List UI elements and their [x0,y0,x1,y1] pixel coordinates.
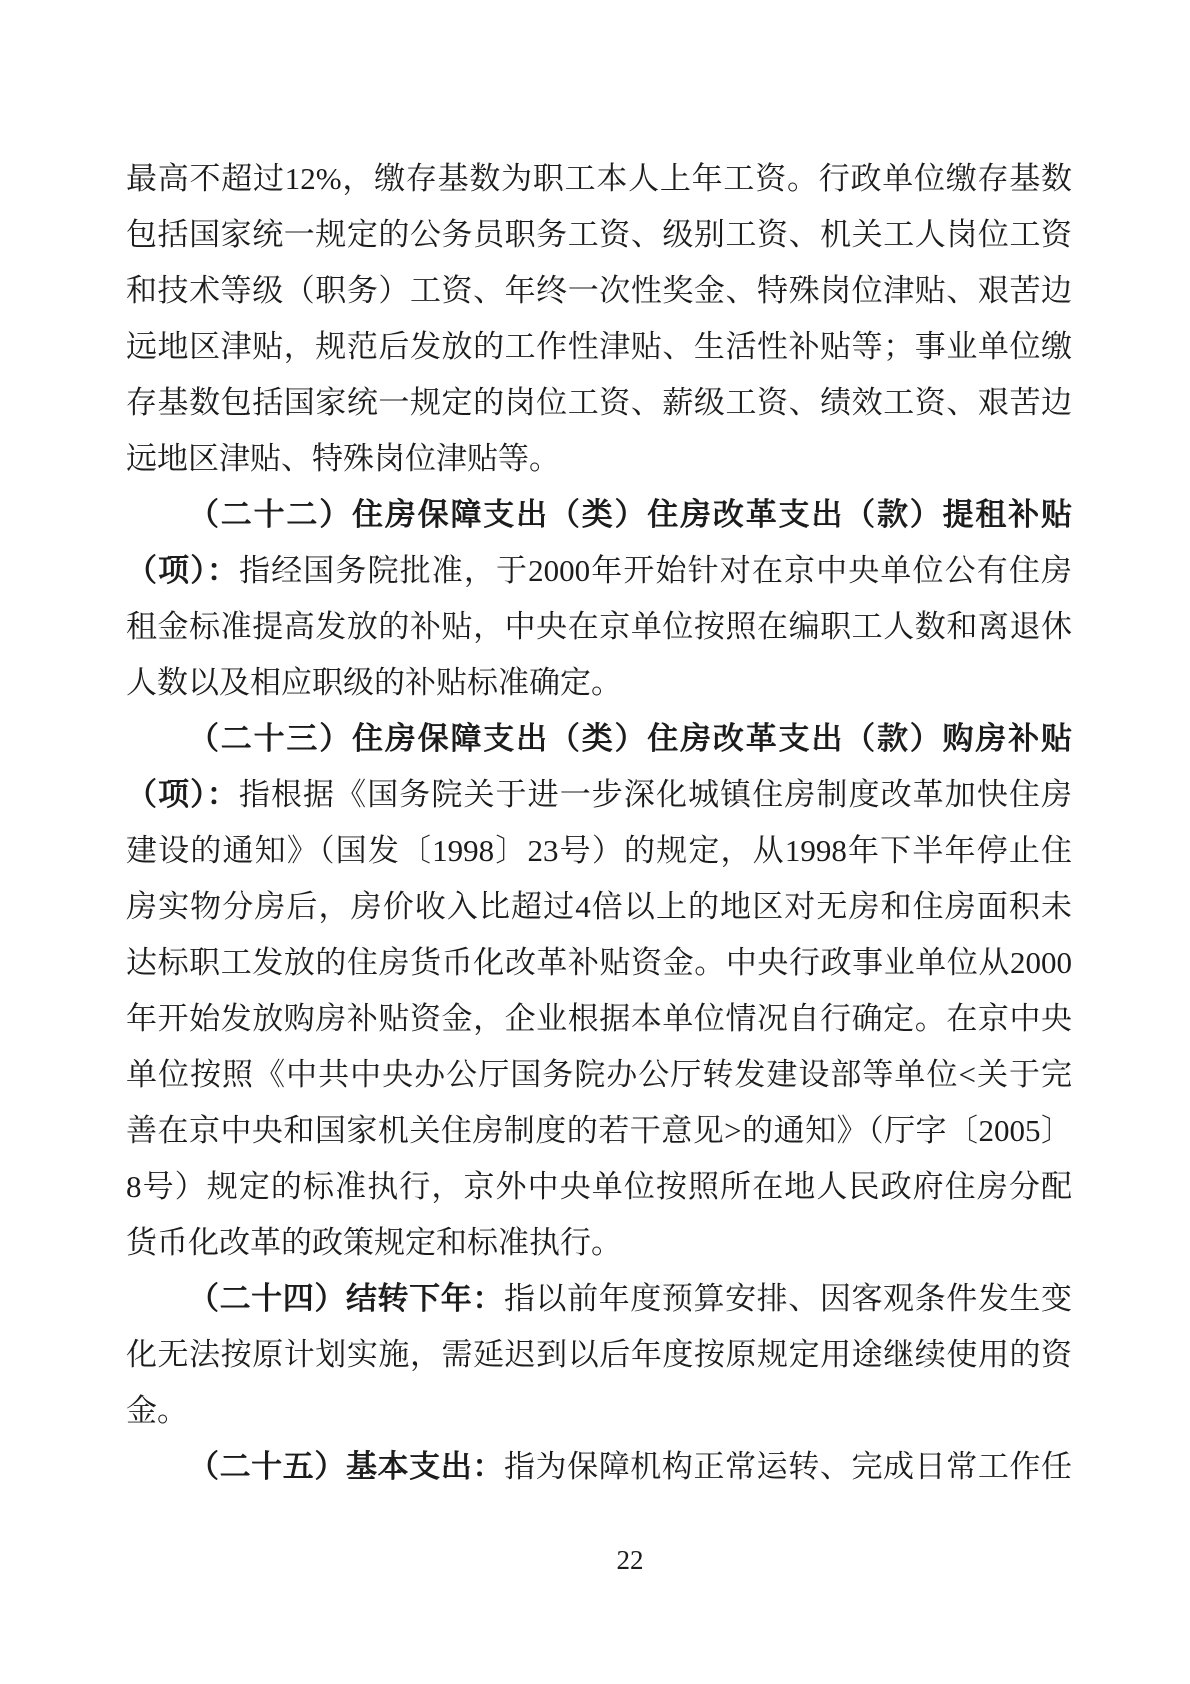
text-segment: 年开始发放购房补贴资金，企业根据本单位情况自行确定。在京中央 [126,1001,1072,1036]
paragraph: （二十三）住房保障支出（类）住房改革支出（款）购房补贴（项）：指根据《国务院关于… [126,711,1072,1271]
text-line: （项）：指经国务院批准，于2000年开始针对在京中央单位公有住房 [126,543,1072,599]
text-segment: 金。 [126,1393,188,1428]
text-line: 善在京中央和国家机关住房制度的若干意见>的通知》（厅字〔2005〕 [126,1103,1072,1159]
text-segment: 建设的通知》（国发〔1998〕23号）的规定，从1998年下半年停止住 [126,833,1072,868]
text-line: 租金标准提高发放的补贴，中央在京单位按照在编职工人数和离退休 [126,599,1072,655]
text-line: 和技术等级（职务）工资、年终一次性奖金、特殊岗位津贴、艰苦边 [126,263,1072,319]
text-segment: 8号）规定的标准执行，京外中央单位按照所在地人民政府住房分配 [126,1169,1072,1204]
text-segment: 指经国务院批准，于2000年开始针对在京中央单位公有住房 [239,553,1072,588]
document-body: 最高不超过12%，缴存基数为职工本人上年工资。行政单位缴存基数包括国家统一规定的… [126,151,1072,1495]
text-line: 金。 [126,1383,1072,1439]
text-segment: 最高不超过12%，缴存基数为职工本人上年工资。行政单位缴存基数 [126,161,1072,196]
bold-text-segment: （二十二）住房保障支出（类）住房改革支出（款）提租补贴 [188,497,1072,532]
text-line: 8号）规定的标准执行，京外中央单位按照所在地人民政府住房分配 [126,1159,1072,1215]
text-line: 远地区津贴，规范后发放的工作性津贴、生活性补贴等；事业单位缴 [126,319,1072,375]
text-line: （二十三）住房保障支出（类）住房改革支出（款）购房补贴 [126,711,1072,767]
text-segment: 指以前年度预算安排、因客观条件发生变 [504,1281,1072,1316]
text-segment: 达标职工发放的住房货币化改革补贴资金。中央行政事业单位从2000 [126,945,1072,980]
text-segment: 单位按照《中共中央办公厅国务院办公厅转发建设部等单位<关于完 [126,1057,1072,1092]
text-line: （二十四）结转下年：指以前年度预算安排、因客观条件发生变 [126,1271,1072,1327]
paragraph: 最高不超过12%，缴存基数为职工本人上年工资。行政单位缴存基数包括国家统一规定的… [126,151,1072,487]
text-line: 货币化改革的政策规定和标准执行。 [126,1215,1072,1271]
text-segment: 远地区津贴，规范后发放的工作性津贴、生活性补贴等；事业单位缴 [126,329,1072,364]
text-line: 远地区津贴、特殊岗位津贴等。 [126,431,1072,487]
text-segment: 和技术等级（职务）工资、年终一次性奖金、特殊岗位津贴、艰苦边 [126,273,1072,308]
text-segment: 化无法按原计划实施，需延迟到以后年度按原规定用途继续使用的资 [126,1337,1072,1372]
text-segment: 房实物分房后，房价收入比超过4倍以上的地区对无房和住房面积未 [126,889,1072,924]
text-segment: 存基数包括国家统一规定的岗位工资、薪级工资、绩效工资、艰苦边 [126,385,1072,420]
text-line: 最高不超过12%，缴存基数为职工本人上年工资。行政单位缴存基数 [126,151,1072,207]
text-line: 人数以及相应职级的补贴标准确定。 [126,655,1072,711]
bold-text-segment: （项）： [126,553,239,588]
page-number: 22 [35,1544,1190,1576]
text-segment: 人数以及相应职级的补贴标准确定。 [126,665,622,700]
text-line: 化无法按原计划实施，需延迟到以后年度按原规定用途继续使用的资 [126,1327,1072,1383]
text-line: 建设的通知》（国发〔1998〕23号）的规定，从1998年下半年停止住 [126,823,1072,879]
text-segment: 指为保障机构正常运转、完成日常工作任 [504,1449,1072,1484]
text-line: 达标职工发放的住房货币化改革补贴资金。中央行政事业单位从2000 [126,935,1072,991]
text-segment: 租金标准提高发放的补贴，中央在京单位按照在编职工人数和离退休 [126,609,1072,644]
text-line: （项）：指根据《国务院关于进一步深化城镇住房制度改革加快住房 [126,767,1072,823]
bold-text-segment: （项）： [126,777,239,812]
bold-text-segment: （二十五）基本支出： [188,1449,504,1484]
text-line: 房实物分房后，房价收入比超过4倍以上的地区对无房和住房面积未 [126,879,1072,935]
bold-text-segment: （二十四）结转下年： [188,1281,504,1316]
text-segment: 货币化改革的政策规定和标准执行。 [126,1225,622,1260]
text-line: 存基数包括国家统一规定的岗位工资、薪级工资、绩效工资、艰苦边 [126,375,1072,431]
text-segment: 远地区津贴、特殊岗位津贴等。 [126,441,560,476]
text-segment: 指根据《国务院关于进一步深化城镇住房制度改革加快住房 [239,777,1072,812]
text-line: （二十二）住房保障支出（类）住房改革支出（款）提租补贴 [126,487,1072,543]
text-segment: 包括国家统一规定的公务员职务工资、级别工资、机关工人岗位工资 [126,217,1072,252]
paragraph: （二十二）住房保障支出（类）住房改革支出（款）提租补贴（项）：指经国务院批准，于… [126,487,1072,711]
text-line: 单位按照《中共中央办公厅国务院办公厅转发建设部等单位<关于完 [126,1047,1072,1103]
document-page: 最高不超过12%，缴存基数为职工本人上年工资。行政单位缴存基数包括国家统一规定的… [0,0,1190,1684]
bold-text-segment: （二十三）住房保障支出（类）住房改革支出（款）购房补贴 [188,721,1072,756]
text-line: 包括国家统一规定的公务员职务工资、级别工资、机关工人岗位工资 [126,207,1072,263]
text-line: 年开始发放购房补贴资金，企业根据本单位情况自行确定。在京中央 [126,991,1072,1047]
paragraph: （二十五）基本支出：指为保障机构正常运转、完成日常工作任 [126,1439,1072,1495]
paragraph: （二十四）结转下年：指以前年度预算安排、因客观条件发生变化无法按原计划实施，需延… [126,1271,1072,1439]
text-segment: 善在京中央和国家机关住房制度的若干意见>的通知》（厅字〔2005〕 [126,1113,1072,1148]
text-line: （二十五）基本支出：指为保障机构正常运转、完成日常工作任 [126,1439,1072,1495]
